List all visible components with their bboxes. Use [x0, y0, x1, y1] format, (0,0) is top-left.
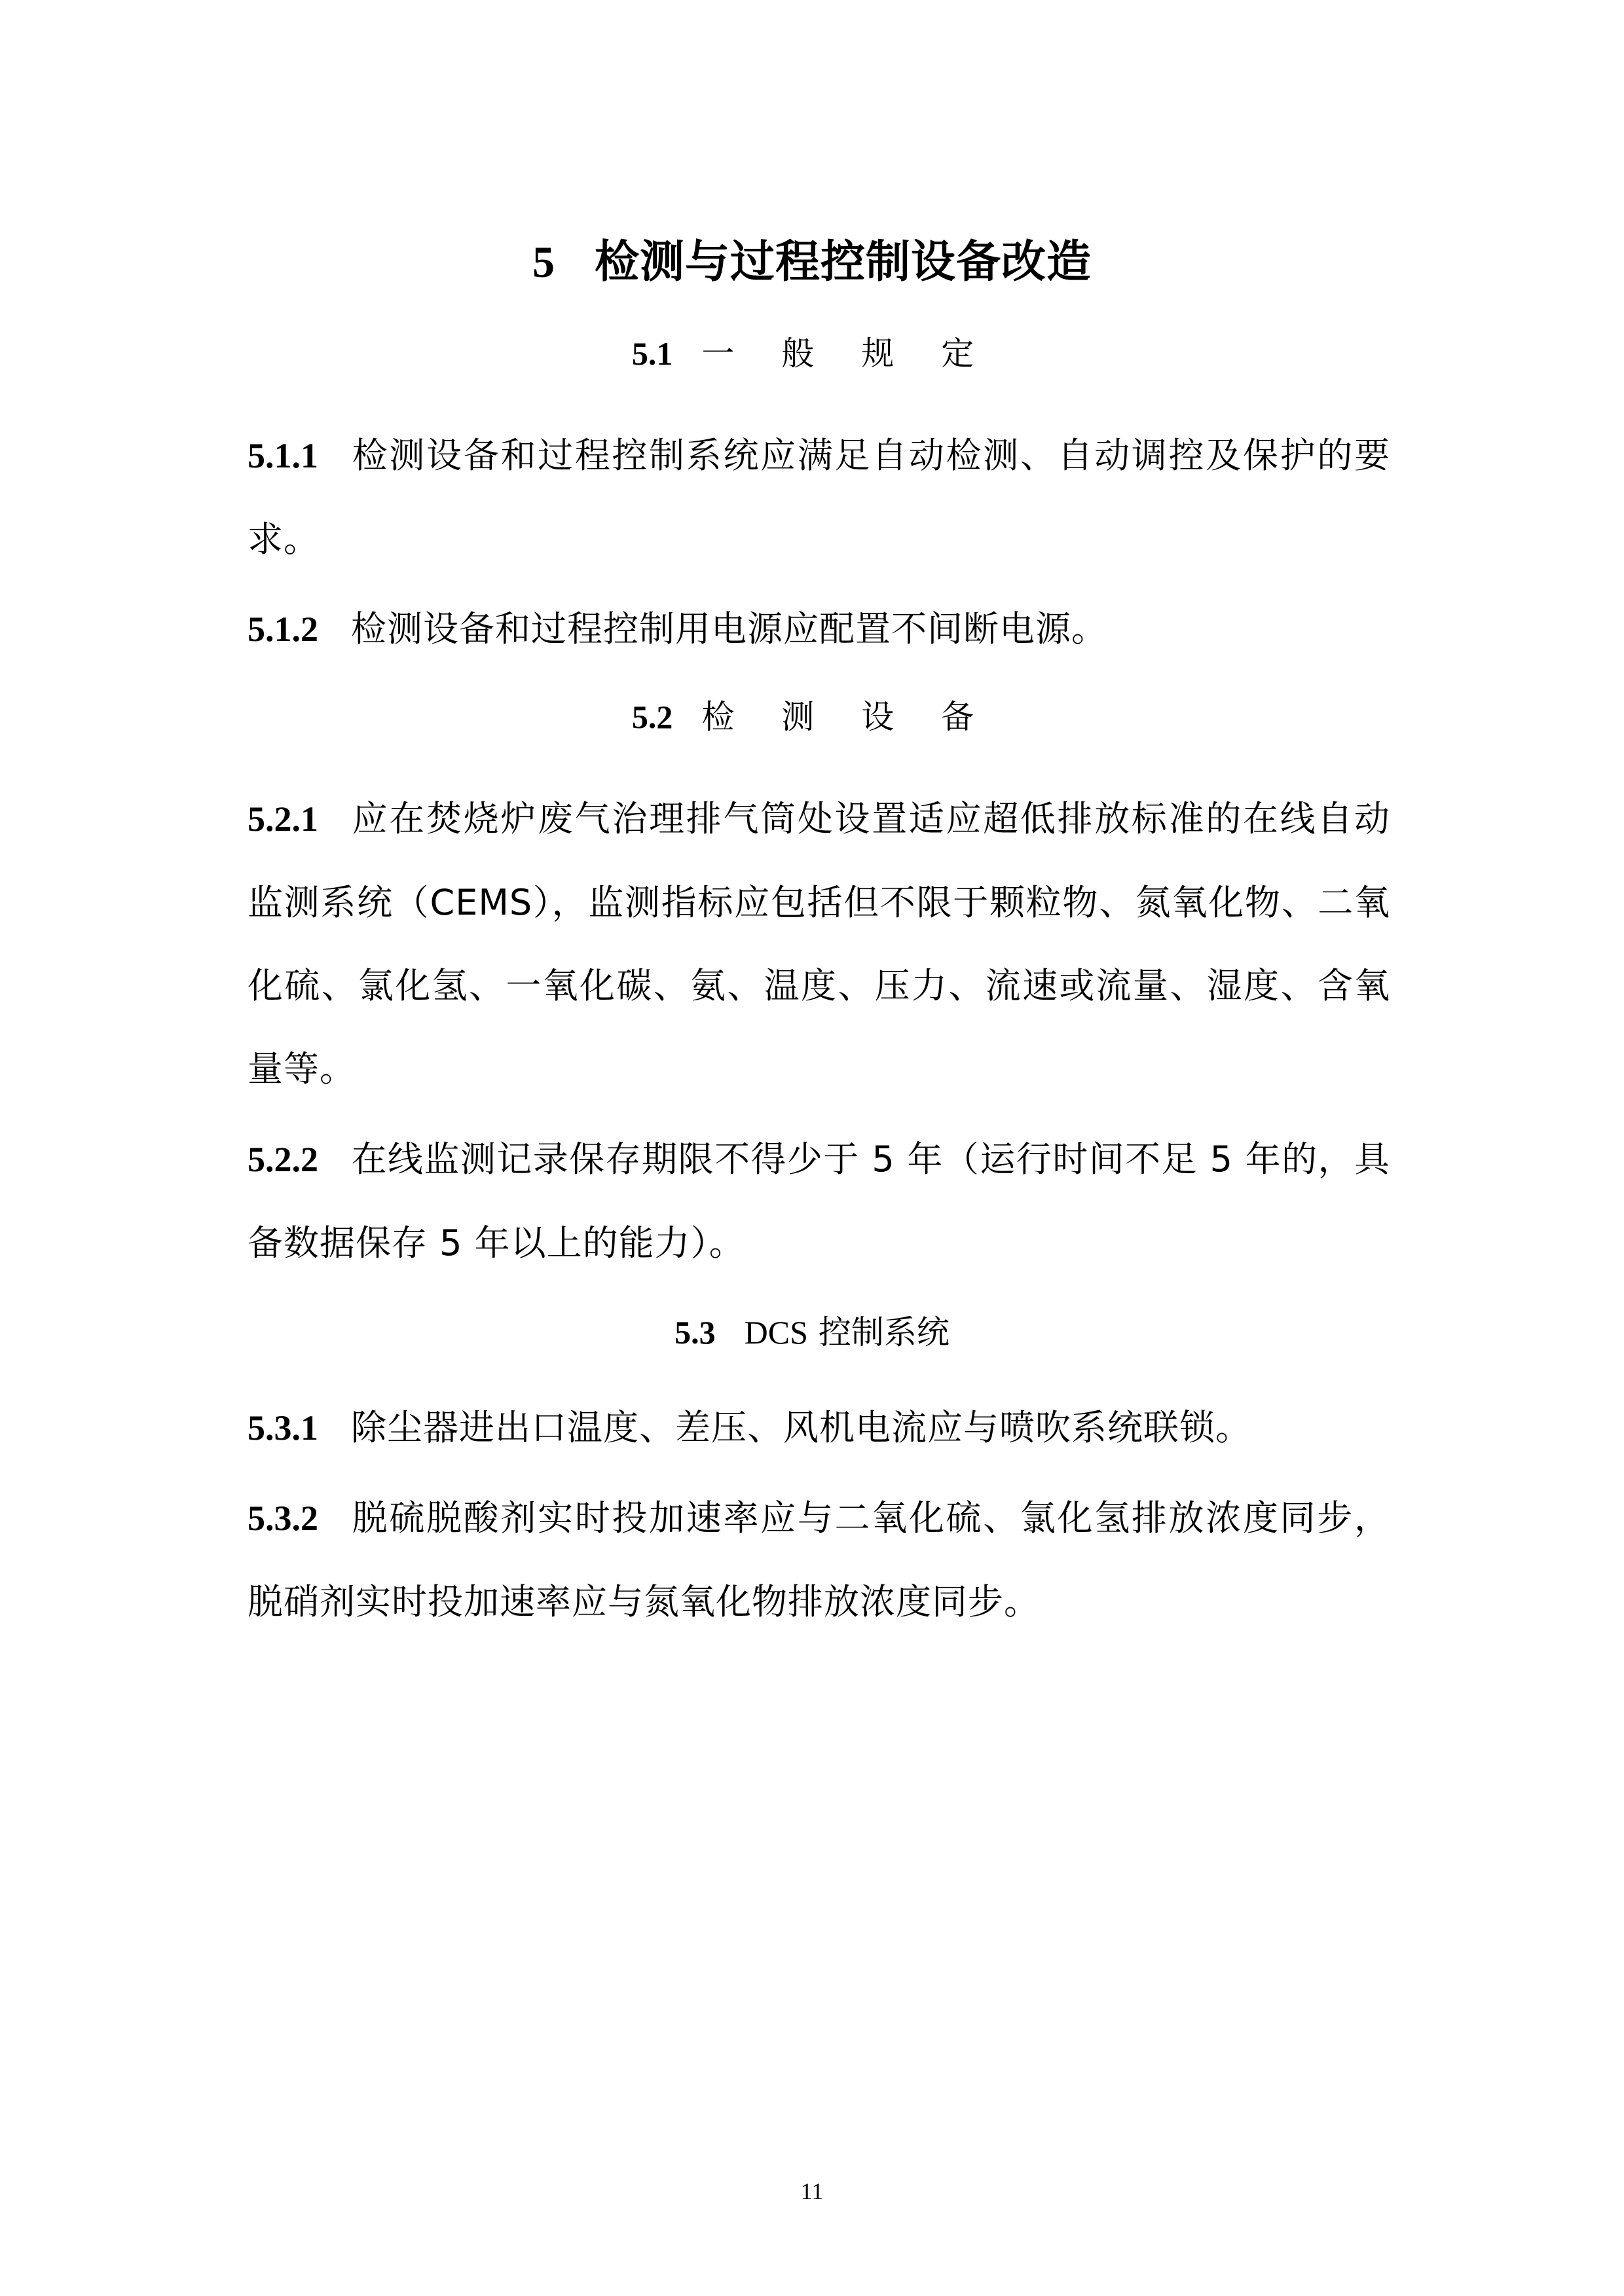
- clause-5-1-2: 5.1.2检测设备和过程控制用电源应配置不间断电源。: [248, 587, 1390, 671]
- section-title: 一 般 规 定: [701, 335, 992, 373]
- clause-number: 5.2.2: [248, 1140, 318, 1179]
- clause-5-3-1: 5.3.1除尘器进出口温度、差压、风机电流应与喷吹系统联锁。: [248, 1386, 1390, 1470]
- section-number: 5.1: [632, 335, 673, 372]
- clause-text: 检测设备和过程控制系统应满足自动检测、自动调控及保护的要求。: [248, 435, 1390, 560]
- clause-5-2-2: 5.2.2在线监测记录保存期限不得少于 5 年（运行时间不足 5 年的，具备数据…: [248, 1118, 1390, 1285]
- clause-text: 应在焚烧炉废气治理排气筒处设置适应超低排放标准的在线自动监测系统（CEMS），监…: [248, 798, 1390, 1089]
- clause-number: 5.1.1: [248, 436, 318, 475]
- clause-number: 5.1.2: [248, 610, 318, 649]
- clause-text: 除尘器进出口温度、差压、风机电流应与喷吹系统联锁。: [351, 1407, 1251, 1448]
- section-number: 5.2: [632, 699, 673, 735]
- clause-5-2-1: 5.2.1应在焚烧炉废气治理排气筒处设置适应超低排放标准的在线自动监测系统（CE…: [248, 777, 1390, 1110]
- section-heading-5-3: 5.3DCS 控制系统: [0, 1309, 1624, 1355]
- clause-5-3-2: 5.3.2脱硫脱酸剂实时投加速率应与二氧化硫、氯化氢排放浓度同步，脱硝剂实时投加…: [248, 1476, 1390, 1643]
- section-title-latin: DCS: [745, 1314, 808, 1351]
- clause-number: 5.2.1: [248, 799, 318, 839]
- clause-5-1-1: 5.1.1检测设备和过程控制系统应满足自动检测、自动调控及保护的要求。: [248, 414, 1390, 581]
- section-title: 检 测 设 备: [701, 698, 992, 736]
- page-number: 11: [0, 2175, 1624, 2208]
- section-number: 5.3: [674, 1314, 716, 1351]
- chapter-title: 5检测与过程控制设备改造: [0, 232, 1624, 292]
- clause-text: 在线监测记录保存期限不得少于 5 年（运行时间不足 5 年的，具备数据保存 5 …: [248, 1139, 1390, 1264]
- chapter-title-text: 检测与过程控制设备改造: [595, 236, 1092, 288]
- section-heading-5-1: 5.1一 般 规 定: [0, 331, 1624, 376]
- clause-number: 5.3.2: [248, 1499, 318, 1538]
- section-heading-5-2: 5.2检 测 设 备: [0, 694, 1624, 740]
- chapter-number: 5: [532, 237, 555, 287]
- section-title: 控制系统: [819, 1313, 950, 1351]
- clause-text: 检测设备和过程控制用电源应配置不间断电源。: [351, 608, 1107, 649]
- clause-number: 5.3.1: [248, 1408, 318, 1448]
- document-page: 5检测与过程控制设备改造 5.1一 般 规 定 5.1.1检测设备和过程控制系统…: [0, 0, 1624, 2296]
- clause-text: 脱硫脱酸剂实时投加速率应与二氧化硫、氯化氢排放浓度同步，脱硝剂实时投加速率应与氮…: [248, 1497, 1390, 1622]
